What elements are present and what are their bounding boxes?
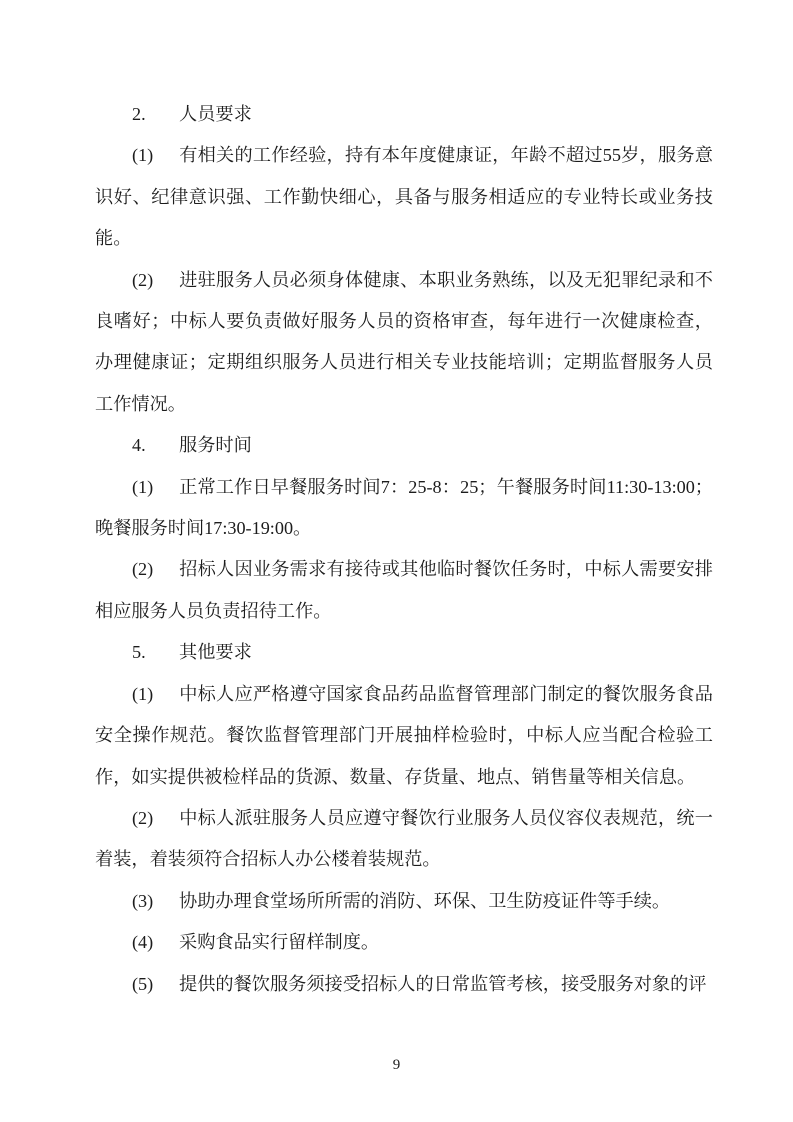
para-other-1: (1)中标人应严格遵守国家食品药品监督管理部门制定的餐饮服务食品安全操作规范。餐… <box>95 674 713 798</box>
section-title: 服务时间 <box>179 435 252 455</box>
paragraph-text: 有相关的工作经验，持有本年度健康证，年龄不超过55岁，服务意识好、纪律意识强、工… <box>95 145 713 248</box>
item-number: (3) <box>132 881 179 922</box>
paragraph-text: 协助办理食堂场所所需的消防、环保、卫生防疫证件等手续。 <box>179 891 670 911</box>
section-heading-other-requirements: 5.其他要求 <box>95 632 713 673</box>
paragraph-text: 进驻服务人员必须身体健康、本职业务熟练，以及无犯罪纪录和不良嗜好；中标人要负责做… <box>95 270 713 414</box>
paragraph-text: 提供的餐饮服务须接受招标人的日常监管考核，接受服务对象的评 <box>179 974 706 994</box>
document-body: 2.人员要求 (1)有相关的工作经验，持有本年度健康证，年龄不超过55岁，服务意… <box>95 94 713 1005</box>
section-heading-personnel: 2.人员要求 <box>95 94 713 135</box>
para-personnel-1: (1)有相关的工作经验，持有本年度健康证，年龄不超过55岁，服务意识好、纪律意识… <box>95 135 713 259</box>
section-number: 4. <box>132 425 179 466</box>
item-number: (2) <box>132 798 179 839</box>
document-page: 2.人员要求 (1)有相关的工作经验，持有本年度健康证，年龄不超过55岁，服务意… <box>0 0 793 1122</box>
item-number: (2) <box>132 260 179 301</box>
section-title: 人员要求 <box>179 104 252 124</box>
para-other-3: (3)协助办理食堂场所所需的消防、环保、卫生防疫证件等手续。 <box>95 881 713 922</box>
para-personnel-2: (2)进驻服务人员必须身体健康、本职业务熟练，以及无犯罪纪录和不良嗜好；中标人要… <box>95 260 713 426</box>
para-other-2: (2)中标人派驻服务人员应遵守餐饮行业服务人员仪容仪表规范，统一着装，着装须符合… <box>95 798 713 881</box>
item-number: (1) <box>132 135 179 176</box>
section-number: 5. <box>132 632 179 673</box>
page-footer: 9 <box>0 1055 793 1075</box>
paragraph-text: 中标人派驻服务人员应遵守餐饮行业服务人员仪容仪表规范，统一着装，着装须符合招标人… <box>95 808 713 869</box>
paragraph-text: 正常工作日早餐服务时间7：25-8：25；午餐服务时间11:30-13:00；晚… <box>95 477 713 538</box>
para-service-hours-2: (2)招标人因业务需求有接待或其他临时餐饮任务时，中标人需要安排相应服务人员负责… <box>95 549 713 632</box>
page-number: 9 <box>393 1057 401 1073</box>
para-service-hours-1: (1)正常工作日早餐服务时间7：25-8：25；午餐服务时间11:30-13:0… <box>95 467 713 550</box>
item-number: (1) <box>132 467 179 508</box>
item-number: (2) <box>132 549 179 590</box>
section-number: 2. <box>132 94 179 135</box>
paragraph-text: 中标人应严格遵守国家食品药品监督管理部门制定的餐饮服务食品安全操作规范。餐饮监督… <box>95 684 713 787</box>
para-other-5: (5)提供的餐饮服务须接受招标人的日常监管考核，接受服务对象的评 <box>95 964 713 1005</box>
item-number: (4) <box>132 922 179 963</box>
paragraph-text: 招标人因业务需求有接待或其他临时餐饮任务时，中标人需要安排相应服务人员负责招待工… <box>95 559 713 620</box>
section-heading-service-hours: 4.服务时间 <box>95 425 713 466</box>
item-number: (1) <box>132 674 179 715</box>
section-title: 其他要求 <box>179 642 252 662</box>
para-other-4: (4)采购食品实行留样制度。 <box>95 922 713 963</box>
paragraph-text: 采购食品实行留样制度。 <box>179 932 379 952</box>
item-number: (5) <box>132 964 179 1005</box>
